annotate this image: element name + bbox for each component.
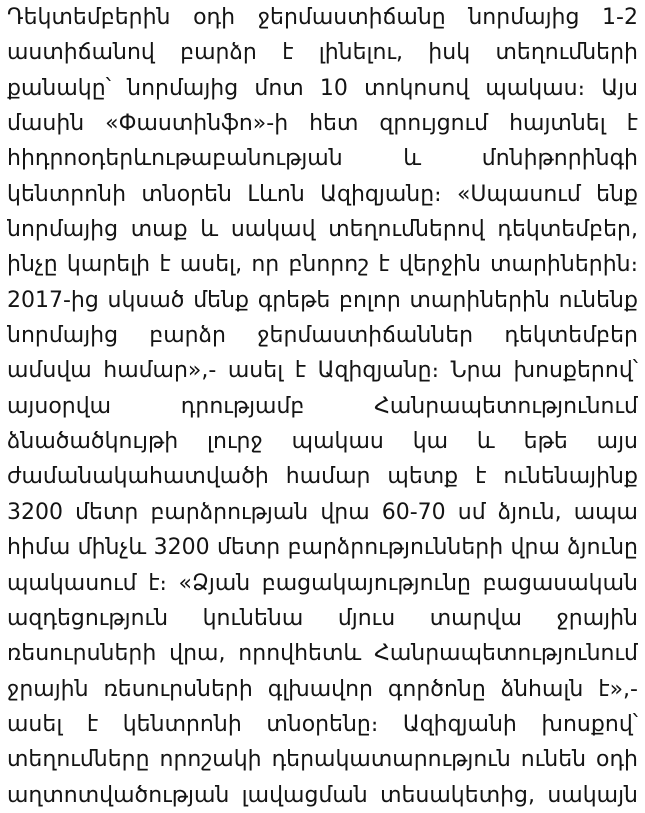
- text-line: նորմայից բարձր ջերմաստիճաններ դեկտեմբեր: [7, 318, 638, 353]
- article-text: Դեկտեմբերին օդի ջերմաստիճանը նորմայից 1-…: [7, 0, 638, 813]
- text-line: կենտրոնի տնօրեն Լևոն Ազիզյանը։ «Սպասում …: [7, 177, 638, 212]
- text-line: ազդեցություն կունենա մյուս տարվա ջրային: [7, 601, 638, 636]
- text-line: ջրային ռեսուրսների գլխավոր գործոնը ձնհալ…: [7, 672, 638, 707]
- text-line: հիմա մինչև 3200 մետր բարձրությունների վր…: [7, 530, 638, 565]
- text-line: այսօրվա դրությամբ Հանրապետությունում: [7, 389, 638, 424]
- text-line: նորմայից տաք և սակավ տեղումներով դեկտեմբ…: [7, 212, 638, 247]
- text-line: տեղումները որոշակի դերակատարություն ունե…: [7, 742, 638, 777]
- text-line: Դեկտեմբերին օդի ջերմաստիճանը նորմայից 1-…: [7, 0, 638, 35]
- text-line: ասել է կենտրոնի տնօրենը։ Ազիզյանի խոսքով…: [7, 707, 638, 742]
- text-line: ձնածածկույթի լուրջ պակաս կա և եթե այս: [7, 424, 638, 459]
- text-line: ամսվա համար»,- ասել է Ազիզյանը։ Նրա խոսք…: [7, 353, 638, 388]
- text-line: ռեսուրսների վրա, որովհետև Հանրապետությու…: [7, 636, 638, 671]
- text-line: մասին «Փաստինֆո»-ի հետ զրույցում հայտնել…: [7, 106, 638, 141]
- text-line: ինչը կարելի է ասել, որ բնորոշ է վերջին տ…: [7, 247, 638, 282]
- text-line: ժամանակահատվածի համար պետք է ունենայինք: [7, 459, 638, 494]
- text-line: 2017-ից սկսած մենք գրեթե բոլոր տարիներին…: [7, 283, 638, 318]
- text-line: աստիճանով բարձր է լինելու, իսկ տեղումներ…: [7, 35, 638, 70]
- text-line: քանակը՝ նորմայից մոտ 10 տոկոսով պակաս։ Ա…: [7, 71, 638, 106]
- text-line: հիդրոօդերևութաբանության և մոնիթորինգի: [7, 141, 638, 176]
- page: Դեկտեմբերին օդի ջերմաստիճանը նորմայից 1-…: [0, 0, 645, 813]
- text-line: աղտոտվածության լավացման տեսակետից, սակայ…: [7, 778, 638, 813]
- text-line: 3200 մետր բարձրության վրա 60-70 սմ ձյուն…: [7, 495, 638, 530]
- text-line: պակասում է։ «Ձյան բացակայությունը բացասա…: [7, 566, 638, 601]
